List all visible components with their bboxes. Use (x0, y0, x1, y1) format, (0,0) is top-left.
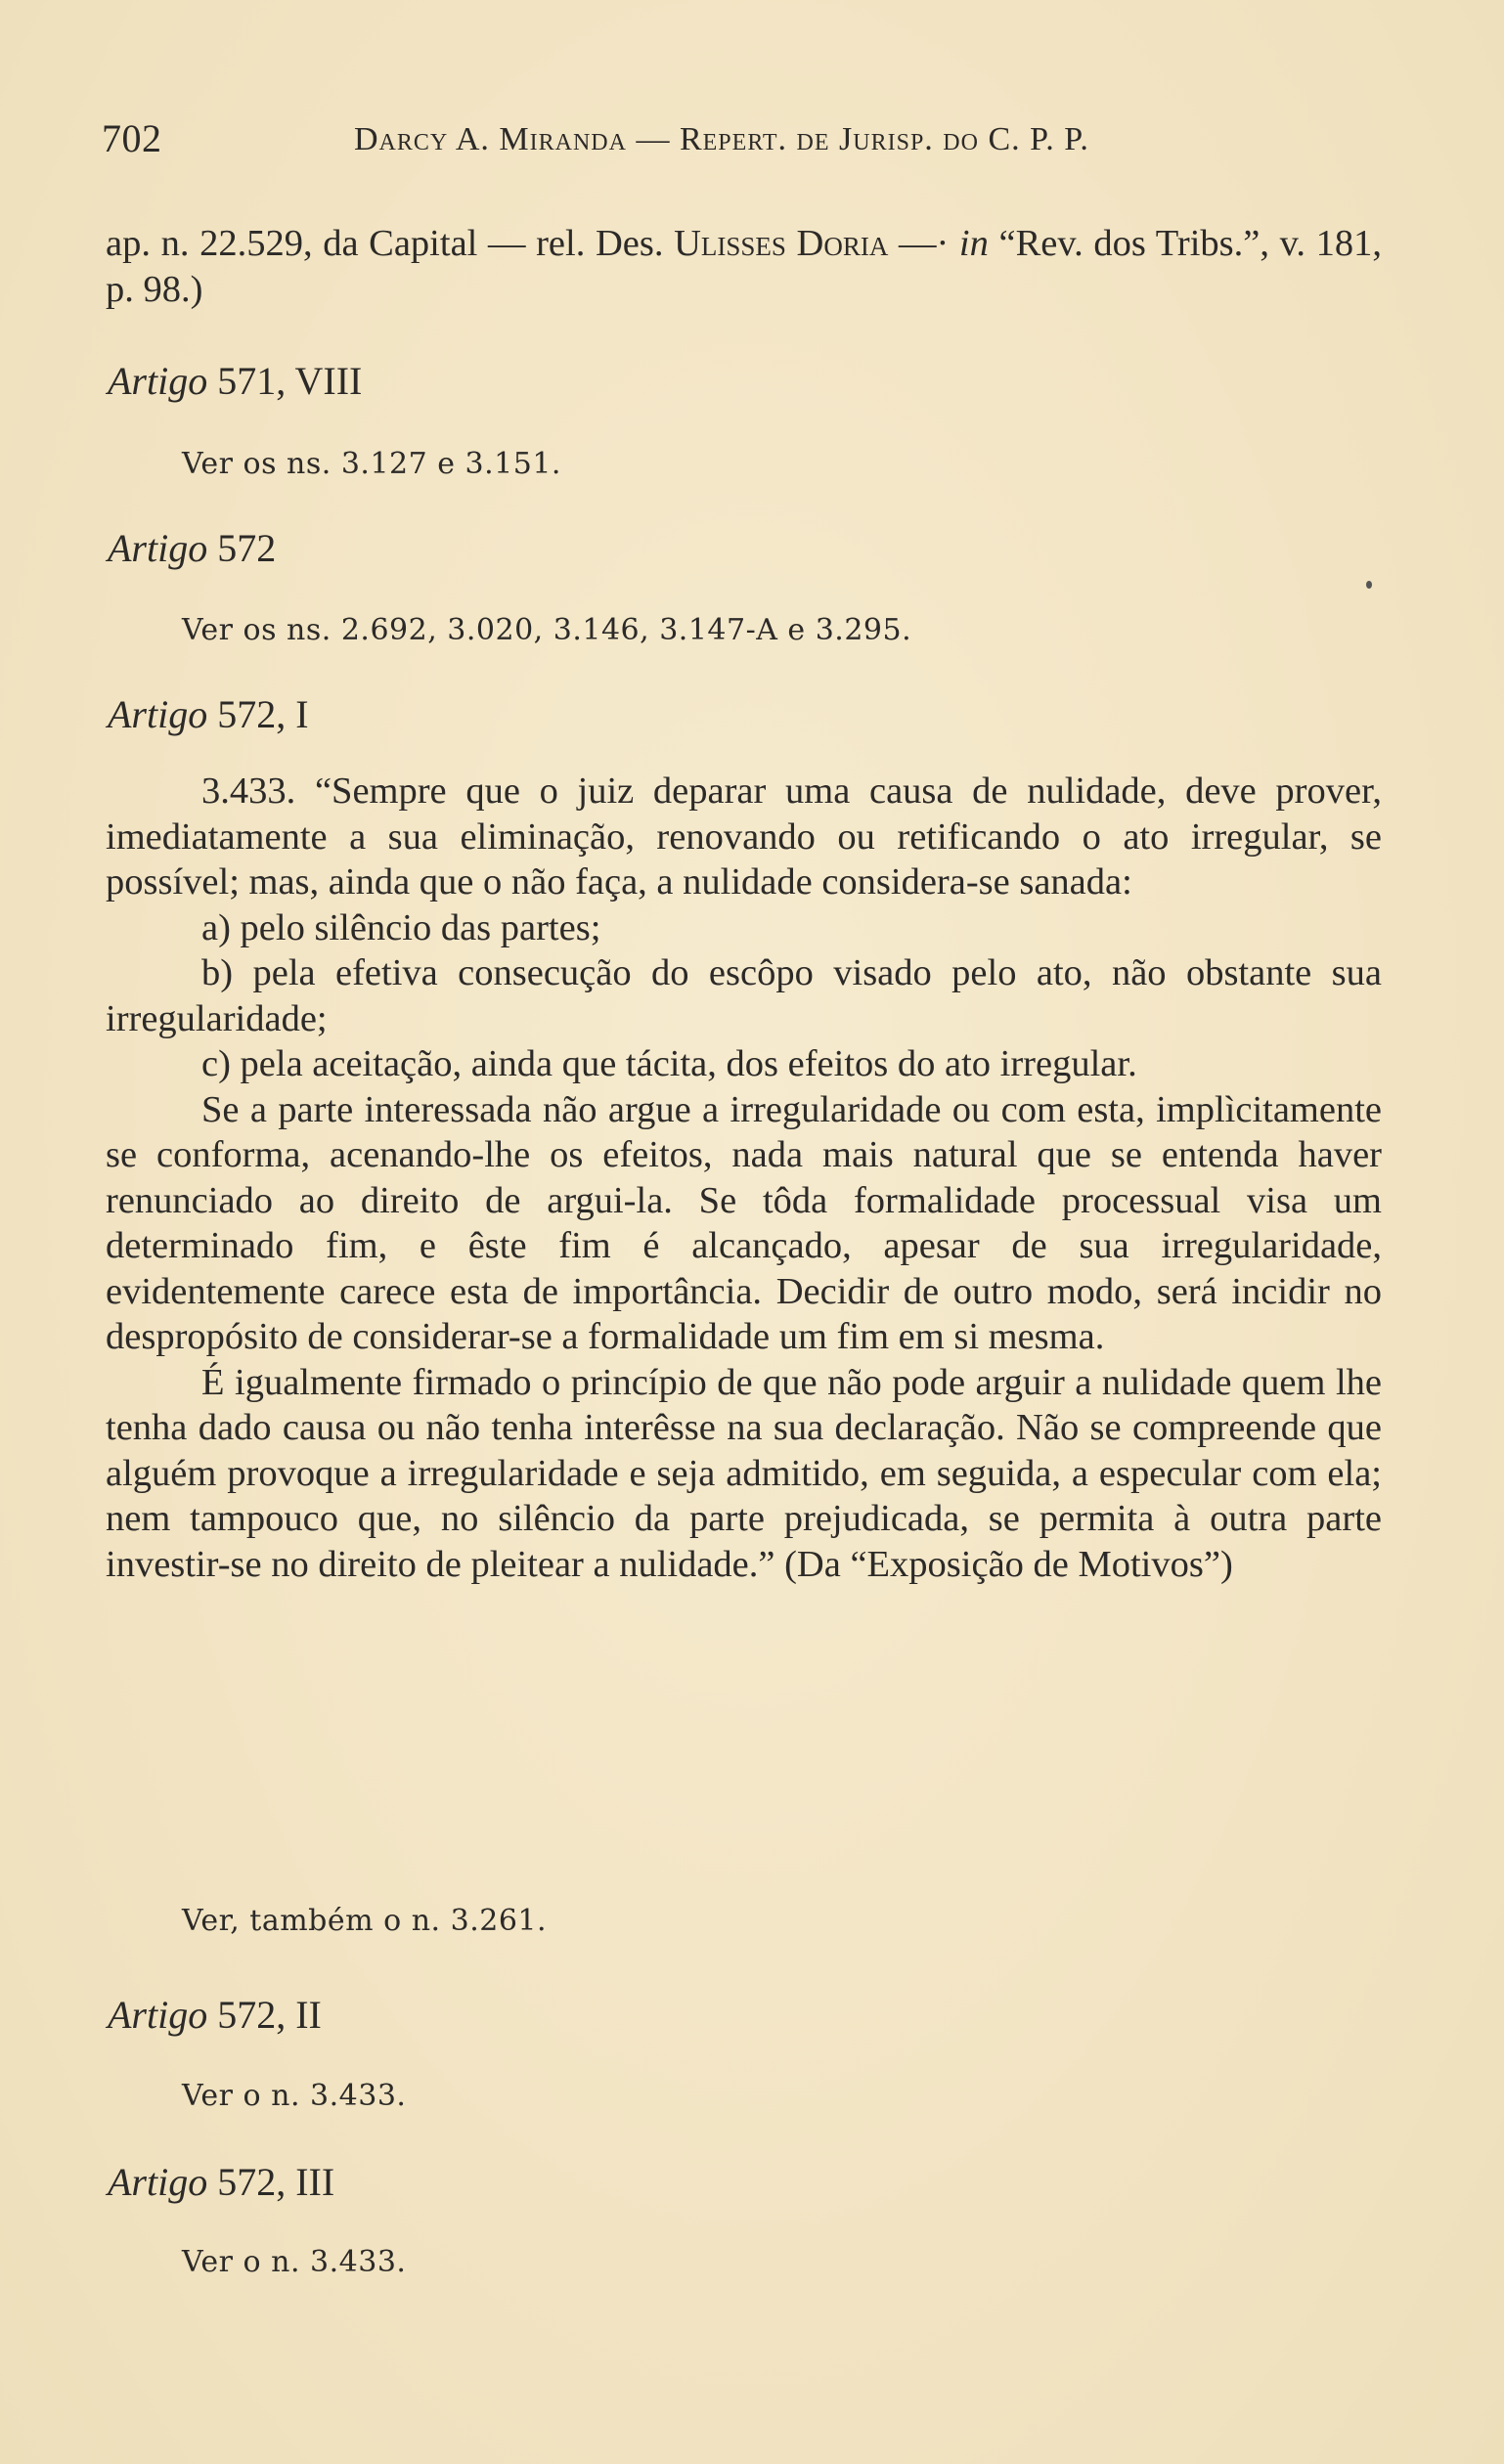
article-heading: Artigo 572, II (108, 1992, 322, 2038)
print-speck (1366, 581, 1372, 589)
article-heading: Artigo 572, III (108, 2159, 334, 2205)
list-item-c: c) pela aceitação, ainda que tácita, dos… (106, 1041, 1382, 1087)
continuation-citation: ap. n. 22.529, da Capital — rel. Des. Ul… (106, 221, 1382, 312)
list-item-b: b) pela efetiva consecução do escôpo vis… (106, 950, 1382, 1041)
see-also-reference: Ver os ns. 3.127 e 3.151. (182, 447, 561, 481)
book-page: 702 Darcy A. Miranda — Repert. de Jurisp… (0, 0, 1504, 2464)
see-also-reference: Ver, também o n. 3.261. (182, 1904, 547, 1938)
article-ref: 572, I (217, 692, 308, 736)
article-ref: 572, III (217, 2160, 334, 2204)
article-ref: 572 (217, 526, 276, 570)
article-word: Artigo (108, 359, 207, 403)
page-header: 702 Darcy A. Miranda — Repert. de Jurisp… (102, 115, 1383, 174)
article-word: Artigo (108, 2160, 207, 2204)
entry-3433: 3.433. “Sempre que o juiz deparar uma ca… (106, 769, 1382, 1587)
entry-text: “Sempre que o juiz deparar uma causa de … (106, 770, 1382, 902)
commentary-paragraph: Se a parte interessada não argue a irreg… (106, 1087, 1382, 1360)
see-also-reference: Ver os ns. 2.692, 3.020, 3.146, 3.147-A … (182, 613, 911, 647)
see-also-reference: Ver o n. 3.433. (182, 2245, 406, 2279)
article-heading: Artigo 571, VIII (108, 358, 362, 404)
entry-paragraph: 3.433. “Sempre que o juiz deparar uma ca… (106, 769, 1382, 905)
judge-name: Ulisses Doria (674, 223, 888, 264)
article-heading: Artigo 572 (108, 525, 276, 571)
citation-dash: —· (888, 223, 959, 264)
citation-text: ap. n. 22.529, da Capital — rel. Des. (106, 223, 674, 264)
list-item-a: a) pelo silêncio das partes; (106, 905, 1382, 951)
see-also-reference: Ver o n. 3.433. (182, 2079, 406, 2113)
article-word: Artigo (108, 692, 207, 736)
running-title: Darcy A. Miranda — Repert. de Jurisp. do… (354, 121, 1089, 158)
article-word: Artigo (108, 1993, 207, 2037)
commentary-paragraph: É igualmente firmado o princípio de que … (106, 1360, 1382, 1588)
article-ref: 571, VIII (217, 359, 362, 403)
article-ref: 572, II (217, 1993, 322, 2037)
article-heading: Artigo 572, I (108, 691, 309, 737)
page-number: 702 (102, 115, 162, 161)
entry-number: 3.433. (201, 770, 295, 812)
article-word: Artigo (108, 526, 207, 570)
citation-in: in (959, 223, 989, 264)
